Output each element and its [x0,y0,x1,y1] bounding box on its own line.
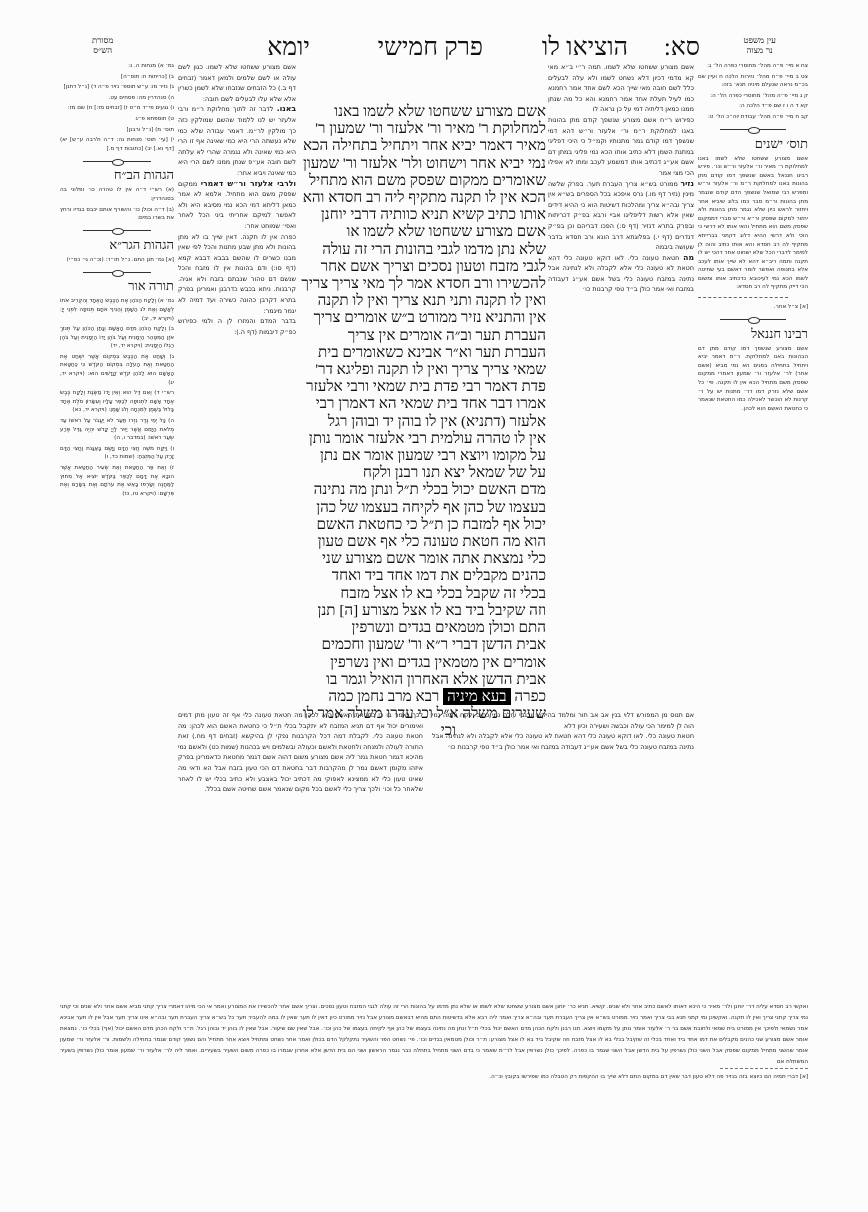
rashi-paragraph: ולרבי אלעזר ור״ש דאמרי ממקום שפסק משם הו… [178,179,296,232]
torah-or-entry: ב) וְלָקַח הַכֹּהֵן מִדַּם הָאָשָׁם וְנָ… [60,325,174,351]
gemara-line: בעצמו של כהן אף לקיחה בעצמו של כהן [298,499,546,516]
ornamental-divider [698,126,808,134]
torah-or-entry: ג) וְשָׁחַט אֶת הַכֶּבֶשׂ בִּמְקוֹם אֲשֶ… [60,353,174,387]
gemara-line: כהנים מקבלים את דמו אחד ביד ואחד [298,567,546,584]
lower-commentary-text: לכך נאמר בו כי כחטאת האשם הוא לכהן מה חט… [178,710,423,795]
rashi-paragraph: באנו. לדבר זה לתוך מחלוקת ר״מ ורבי אלעזר… [178,104,296,178]
gemara-line: אומרים אין מטמאין בגדים ואין נשרפין [298,654,546,671]
ein-mishpat-label-line1: עין משפט [743,36,776,46]
bottom-commentary-text: ואקשי רב חסדא עליה דר׳ יוחנן ולר׳ מאיר כ… [60,1002,808,1064]
rabbeinu-chananel-title: רבינו חננאל [698,326,808,342]
ornamental-divider [698,316,808,324]
tosafot-lower-text: חטאת טעונה כלי. לאו דוקא טעונה כלי דהא ח… [432,731,694,752]
masoret-hashas-column: גמ׳ א) מנחות ה. נ: ב) [כריתות ח: תוס״ה] … [60,62,174,1002]
daf-number: סא: [664,34,700,62]
torah-or-entry: ה) כָּל יְמֵי נֶדֶר נִזְרוֹ תַּעַר לֹא י… [60,417,174,443]
rashi-text: לדבר זה לתוך מחלוקת ר״מ ורבי אלעזר יש לנ… [178,105,296,177]
rashi-intro: אשם מצורע ששחטו שלא לשמו. כגון לשם עולה … [178,62,296,104]
hagahot-bach-title: הגהות הב״ח [60,167,174,183]
hagahot-gra-title: הגהות הגר״א [60,237,174,253]
footnote-rule [720,1068,808,1069]
torah-or-entry: ז) וְאֵת פַּר הַחַטָּאת וְאֵת שְׂעִיר הַ… [60,464,174,498]
ein-mishpat-column: צח א מיי׳ פ״ה מהל׳ מחוסרי כפרה הל׳ ג: צט… [698,62,808,1082]
masoret-label-line1: מסורת [92,36,113,46]
footnote-rule [698,297,788,298]
tosafot-column: אשם מצורע ששחטו שלא לשמו. תמה ר״י ב״א מא… [548,62,694,692]
rashi-continued: כפרה אין לו תקנה. דאין שייך בו לא מתן בה… [178,232,296,317]
gemara-line: אמרו דבר אחד בית שמאי הא דאמרן רבי [298,395,546,412]
gemara-line: פדת דאמר רבי פדת בית שמאי ורבי אלעזר [298,378,546,395]
masoret-entry: ה) סנהדרין מה: פסחים עט. [60,94,174,103]
gemara-line-highlight: כפרה בעא מיניה רבא מרב נחמן כמה [298,688,546,705]
ornamental-divider [60,227,174,235]
masoret-entry: תוס׳ מ) [נ״ל ורבנן] [60,126,174,135]
tosafot-text: כפירוש ר״ח אשם מצורע שנשפך קודם מתן בהונ… [548,115,694,179]
gemara-line: הוא מה חטאת טעונה כלי אף אשם טעון [298,533,546,550]
torah-or-entry: ו) וַיִּקַּח מֹשֶׁה חֲצִי הַדָּם וַיָּשֶ… [60,445,174,462]
tosafot-text: ממורט בש״א צריך העברת תער. בפרק שלשה מינ… [548,180,694,252]
dibbur-hamatchil: באנו. [277,104,296,113]
tosafot-intro: אשם מצורע ששחטו שלא לשמו. תמה ר״י ב״א מא… [548,62,694,115]
gemara-line: וזה שקיבל ביד בא לו אצל מצורע [ה] תנן [298,602,546,619]
rabbeinu-chananel-text: אשם מצורע שנשפך דמו קודם מתן דם הבהונות … [698,345,808,414]
ein-mishpat-label-line2: נר מצוה [743,46,776,56]
tosafot-lower-text: אם תנוס מן המפורש דלוי בנין אב אב תור ומ… [432,710,694,731]
hagahot-bach-entry: (א) רש״י ד״ה אין לו טהרה כו׳ ופלוני בה ב… [60,186,174,203]
gemara-line: העברת תער וב״ה אומרים אין צריך [298,327,546,344]
bottom-footnote: [א] דברי תמיה הם כיוצא בזה בנזיר פה דלא … [300,1072,808,1084]
rashi-column: אשם מצורע ששחטו שלא לשמו. כגון לשם עולה … [178,62,296,702]
gemara-line: שמאי צריך צריך ואין לו תקנה ופליגא דר' [298,361,546,378]
lower-right-commentary: אם תנוס מן המפורש דלוי בנין אב אב תור ומ… [432,710,694,1000]
masoret-entry: ג) נזיר מו: ע״ש תוספ׳ נזיר פ״ה ד) [נ״ל ד… [60,83,174,92]
tosafot-text: חטאת טעונה כלי. לאו דוקא טעונה כלי דהא ח… [548,254,694,294]
masoret-entry: י) [עי׳ תוס׳ מנחות נה: ד״ה ולרבה ע״ש] יא… [60,136,174,153]
gemara-line: אשם מצורע ששחטו שלא לשמו או [298,223,546,240]
torah-or-entry: רש״י ד) וְאִם דַּל הוּא וְאֵין יָדוֹ מַש… [60,389,174,415]
gemara-line: שאומרים ממקום שפסק משם הוא מתחיל [298,172,546,189]
hagahot-gra-entry: [א] גמ׳ תנן התם. נ״ל תו״ר: (וכ״ה גי׳ כס״… [60,256,174,265]
rashi-lower: בדבר המדם והמזרו לן ה ולמי כפירוש כפ״ק ד… [178,316,296,337]
gemara-line: העברת תער וא״ר אבינא כשאומרים בית [298,344,546,361]
masoret-label-line2: הש״ס [92,46,113,56]
masoret-entry: ב) [כריתות ח: תוס״ה] [60,73,174,82]
gemara-line: להכשירו ורב חסדא אמר לך מאי צריך צריך [298,275,546,292]
gemara-line: אבית הדשן אלא האחרון הואיל וגמר בו [298,671,546,688]
gemara-text: רבא מרב נחמן כמה [328,688,439,705]
ein-mishpat-label: עין משפט נר מצוה [743,36,776,56]
gemara-line: יכול אף למזבח כן ת״ל כי כחטאת האשם [298,516,546,533]
ein-mishpat-entry: קב ח מיי׳ פ״ה מהל׳ עבודת יוה״כ הל׳ ט: [698,113,808,122]
torah-or-title: תורה אור [60,278,174,294]
torah-or-entry: גמ׳ א) וְלָקַח הַכֹּהֵן אֶת הַכֶּבֶשׂ הָ… [60,297,174,323]
ein-mishpat-entry: צח א מיי׳ פ״ה מהל׳ מחוסרי כפרה הל׳ ג: [698,62,808,71]
ein-mishpat-entry: ק ג מיי׳ פ״ה מהל׳ מחוסרי כפרה הל׳ ה: [698,92,808,101]
masoret-hashas-label: מסורת הש״ס [92,36,113,56]
gemara-line: על של שמאל יצא תנו רבנן ולקח [298,464,546,481]
masoret-entry: ט) תוספתא פ״ג [60,115,174,124]
dibbur-hamatchil: מה [683,253,694,262]
highlighted-phrase: בעא מיניה [443,688,510,705]
gemara-line: התם וכולן מטמאים בגדים ונשרפין [298,619,546,636]
ornamental-divider [60,268,174,276]
gemara-line: הכא אין לו תקנה מתקיף ליה רב חסדא והא [298,189,546,206]
gemara-line: אשם מצורע ששחטו שלא לשמו באנו [298,103,546,120]
ein-mishpat-entry: קא ד ה ו ז שם פ״ד הלכה ה: [698,102,808,111]
dibbur-hamatchil: נזיר [681,179,694,188]
masoret-entry: ו) נגעים פי״ד מ״ט ז) [זבחים מז:] ח) שם מ… [60,104,174,113]
hagahot-bach-entry: (ב) ד״ה וכולן כו׳ והשורף אותם יכבס בגדיו… [60,206,174,223]
gemara-line: אין והתניא נזיר ממורט ב״ש אומרים צריך [298,309,546,326]
ornamental-divider [60,157,174,165]
gemara-line: אין לו טהרה עולמית רבי אלעזר אומר נותן [298,430,546,447]
gemara-line: שלא נתן מדמו לגבי בהונות הרי זה עולה [298,241,546,258]
gemara-line: אבית הדשן דברי ר״א ור' שמעון וחכמים [298,636,546,653]
gemara-line: כלי נמצאת אתה אומר אשם מצורע שני [298,550,546,567]
gemara-line: מאיר דאמר יביא אחר ויתחיל בתחילה הכא [298,137,546,154]
gemara-line: על מקומו ויוצא רבי שמעון אומר אם נתן [298,447,546,464]
tosafot-yeshanim-title: תוס׳ ישנים [698,136,808,152]
bottom-commentary: ואקשי רב חסדא עליה דר׳ יוחנן ולר׳ מאיר כ… [60,1002,808,1064]
chapter-name: הוציאו לו [542,34,628,62]
tosafot-paragraph-mah: מה חטאת טעונה כלי. לאו דוקא טעונה כלי דה… [548,253,694,295]
gemara-line: מדם האשם יכול בכלי ת״ל ונתן מה נתינה [298,481,546,498]
gemara-line: ואין לו תקנה ותני תנא צריך ואין לו תקנה [298,292,546,309]
footnote: [א] צ״ל אחר. [698,303,808,312]
tractate-name: יומא [267,34,310,62]
ein-mishpat-entry: צט ב מיי׳ פ״ח מהל׳ נזירות הלכה ח ועיין ש… [698,73,808,90]
tosafot-yeshanim-text: אשם מצורע ששחטו שלא לשמו באנו למחלוקת ר׳… [698,155,808,293]
lower-left-commentary: לכך נאמר בו כי כחטאת האשם הוא לכהן מה חט… [178,710,423,1000]
gemara-line: למחלוקת ר' מאיר ור' אלעזר ור' שמעון ר' [298,120,546,137]
chapter-number: פרק חמישי [378,34,483,62]
masoret-entry: גמ׳ א) מנחות ה. נ: [60,62,174,71]
gemara-line: אותו כתיב קשיא תניא כוותיה דרבי יוחנן [298,206,546,223]
gemara-line: נמי יביא אחר וישחוט ולר' אלעזר ור' שמעון [298,155,546,172]
gemara-line: אלעזר (דתניא) אין לו בוהן יד ובוהן רגל [298,413,546,430]
gemara-line: לגבי מזבח וטעון נסכים וצריך אשם אחר [298,258,546,275]
gemara-line: בכלי זה שקבל בכלי בא לו אצל מזבח [298,585,546,602]
dibbur-hamatchil: ולרבי אלעזר ור״ש דאמרי [201,179,296,188]
bottom-footnote-text: [א] דברי תמיה הם כיוצא בזה בנזיר פה דלא … [300,1072,808,1083]
tosafot-paragraph-nazir: נזיר ממורט בש״א צריך העברת תער. בפרק שלש… [548,179,694,253]
gemara-text: כפרה [514,688,546,705]
gemara-main-text: אשם מצורע ששחטו שלא לשמו באנו למחלוקת ר'… [298,103,546,740]
